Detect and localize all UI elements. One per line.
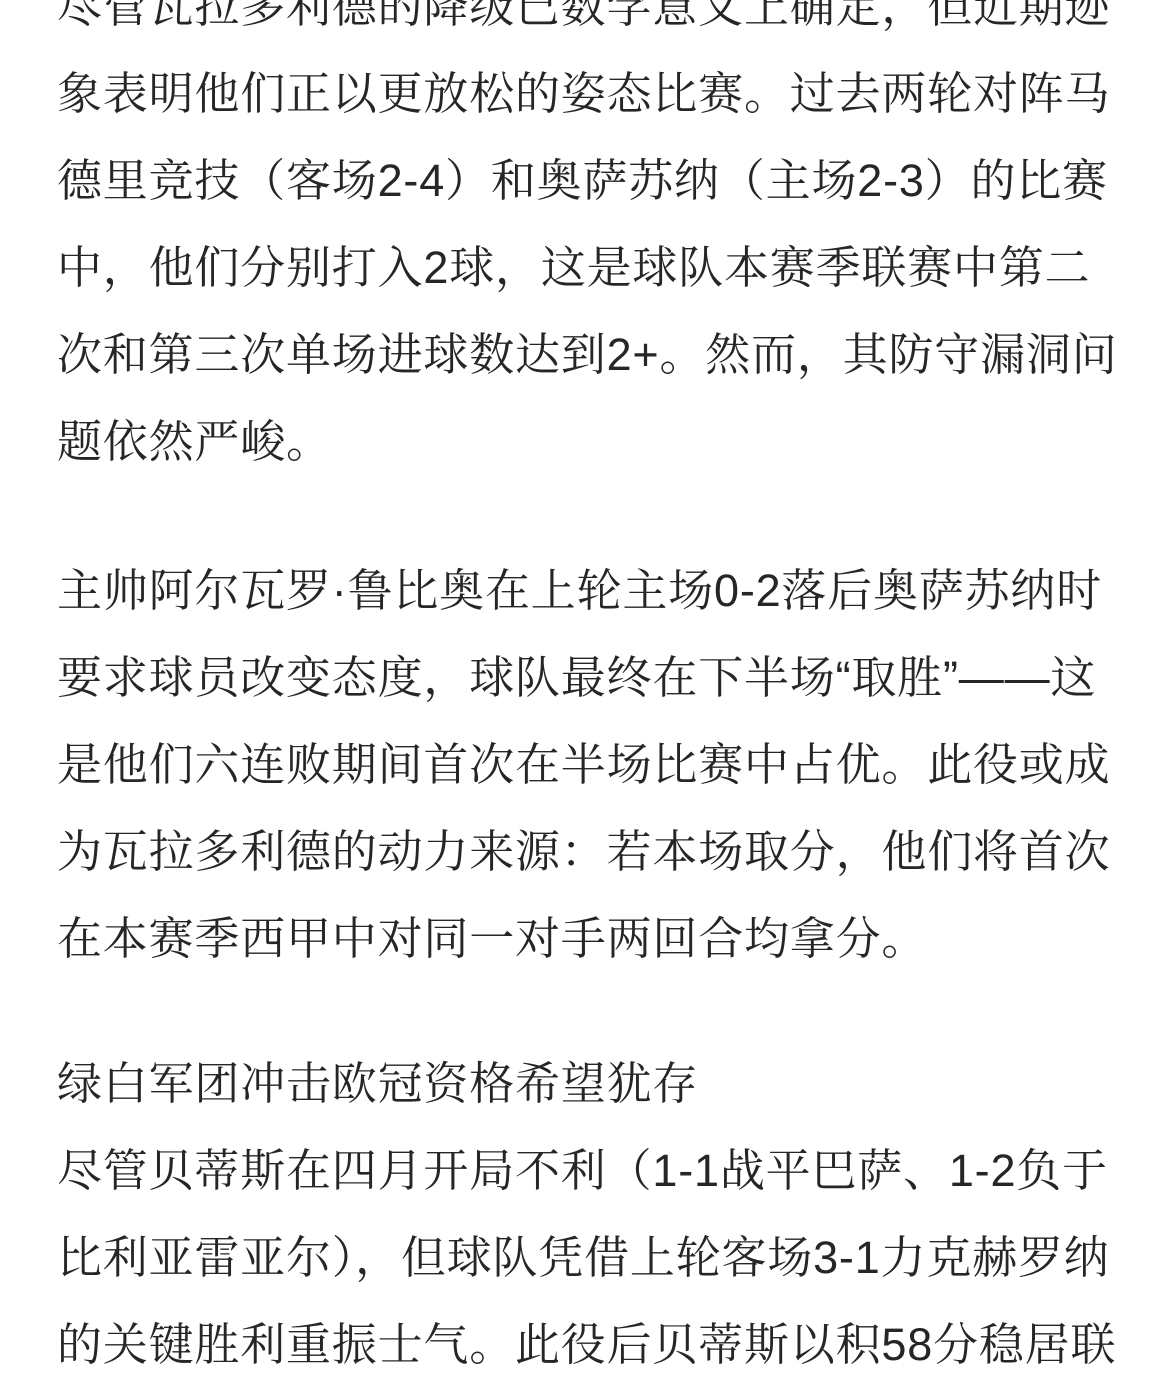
- text-line: 象表明他们正以更放松的姿态比赛。过去两轮对阵马: [57, 50, 1110, 137]
- text-line: 主帅阿尔瓦罗·鲁比奥在上轮主场0-2落后奥萨苏纳时: [57, 547, 1110, 634]
- text-line: 德里竞技（客场2-4）和奥萨苏纳（主场2-3）的比赛: [57, 137, 1110, 224]
- text-line: 中，他们分别打入2球，这是球队本赛季联赛中第二: [57, 224, 1110, 311]
- text-line: 是他们六连败期间首次在半场比赛中占优。此役或成: [57, 721, 1110, 808]
- subheading-text: 绿白军团冲击欧冠资格希望犹存: [57, 1040, 1110, 1127]
- text-line: 次和第三次单场进球数达到2+。然而，其防守漏洞问: [57, 311, 1110, 398]
- text-line: 比利亚雷亚尔），但球队凭借上轮客场3-1力克赫罗纳: [57, 1214, 1110, 1301]
- text-line: 尽管瓦拉多利德的降级已数学意义上确定，但近期迹: [57, 0, 1110, 50]
- text-line: 的关键胜利重振士气。此役后贝蒂斯以积58分稳居联: [57, 1301, 1110, 1385]
- paragraph-betis-form: 尽管贝蒂斯在四月开局不利（1-1战平巴萨、1-2负于 比利亚雷亚尔），但球队凭借…: [57, 1127, 1110, 1385]
- text-line: 要求球员改变态度，球队最终在下半场“取胜”——这: [57, 634, 1110, 721]
- text-line: 尽管贝蒂斯在四月开局不利（1-1战平巴萨、1-2负于: [57, 1127, 1110, 1214]
- section-subheading: 绿白军团冲击欧冠资格希望犹存: [57, 1040, 1110, 1127]
- text-line: 为瓦拉多利德的动力来源：若本场取分，他们将首次: [57, 808, 1110, 895]
- paragraph-valladolid-form: 尽管瓦拉多利德的降级已数学意义上确定，但近期迹 象表明他们正以更放松的姿态比赛。…: [57, 0, 1110, 485]
- text-line: 题依然严峻。: [57, 398, 1110, 485]
- article-body: 尽管瓦拉多利德的降级已数学意义上确定，但近期迹 象表明他们正以更放松的姿态比赛。…: [0, 0, 1167, 1385]
- text-line: 在本赛季西甲中对同一对手两回合均拿分。: [57, 895, 1110, 982]
- article-text-block: 尽管瓦拉多利德的降级已数学意义上确定，但近期迹 象表明他们正以更放松的姿态比赛。…: [57, 0, 1110, 1385]
- paragraph-coach-comments: 主帅阿尔瓦罗·鲁比奥在上轮主场0-2落后奥萨苏纳时 要求球员改变态度，球队最终在…: [57, 547, 1110, 982]
